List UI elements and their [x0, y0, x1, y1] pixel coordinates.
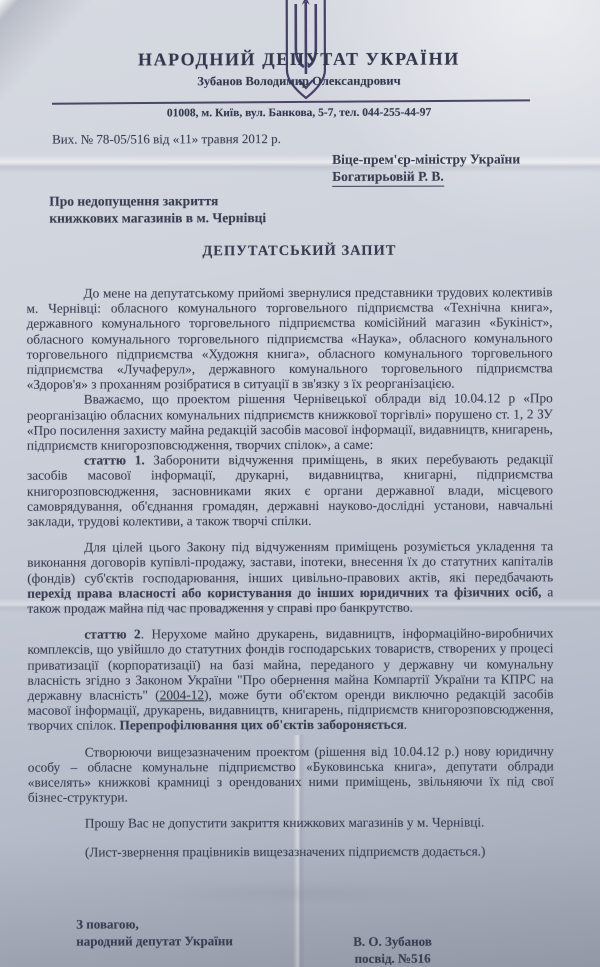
paragraph-intro: До мене на депутатському прийомі звернул… — [26, 284, 552, 392]
deputy-name: Зубанов Володимир Олександрович — [0, 73, 599, 90]
letter-content: НАРОДНИЙ ДЕПУТАТ УКРАЇНИ Зубанов Володим… — [0, 0, 600, 967]
reference-number-line: Вих. № 78-05/516 від «11» травня 2012 р. — [52, 131, 281, 148]
article-2-label: статтю 2 — [84, 627, 140, 642]
signature-role: народний депутат України — [76, 933, 233, 948]
addressee-block: Віце-прем'єр-міністру України Богатирьов… — [332, 150, 520, 186]
paragraph-consequence: Створюючи вищезазначеним проектом (рішен… — [28, 743, 554, 805]
paragraph-law-definition: Для цілей цього Закону під відчуженням п… — [27, 539, 553, 616]
subject-line-2: книжкових магазинів в м. Чернівці — [49, 210, 266, 226]
subject-line-1: Про недопущення закриття — [49, 193, 218, 208]
signature-right: В. О. Зубанов посвід. №516 — [353, 934, 432, 967]
addressee-position: Віце-прем'єр-міністру України — [332, 151, 520, 166]
signature-block: З повагою, народний депутат України В. О… — [1, 915, 600, 917]
article-1-label: статтю 1. — [84, 453, 145, 468]
paragraph-claim: Вважаємо, що проектом рішення Чернівецьк… — [27, 391, 553, 453]
subject-block: Про недопущення закриття книжкових магаз… — [49, 192, 266, 227]
law-definition-text-1: Для цілей цього Закону під відчуженням п… — [27, 539, 553, 586]
signature-name: В. О. Зубанов — [353, 934, 432, 949]
letter-body: До мене на депутатському прийомі звернул… — [26, 284, 554, 859]
signature-salutation: З повагою, — [76, 916, 139, 931]
letter-photo: НАРОДНИЙ ДЕПУТАТ УКРАЇНИ Зубанов Володим… — [0, 0, 600, 967]
paragraph-attachment-note: (Лист-звернення працівників вищезазначен… — [28, 843, 554, 860]
article-2-text-3: . — [404, 717, 407, 732]
document-title: ДЕПУТАТСЬКИЙ ЗАПИТ — [0, 242, 599, 261]
paragraph-request: Прошу Вас не допустити закриття книжкови… — [28, 814, 554, 831]
org-address: 01008, м. Київ, вул. Банкова, 5-7, тел. … — [0, 106, 599, 120]
paragraph-article-1: статтю 1. Заборонити відчуження приміщен… — [27, 452, 553, 529]
signature-id: посвід. №516 — [355, 950, 431, 965]
paragraph-article-2: статтю 2. Нерухоме майно друкарень, вида… — [27, 626, 553, 734]
law-definition-bold: перехід права власності або користування… — [27, 584, 541, 600]
signature-left: З повагою, народний депутат України — [76, 916, 233, 949]
law-reference-number: 2004-12 — [160, 687, 204, 702]
org-title: НАРОДНИЙ ДЕПУТАТ УКРАЇНИ — [0, 48, 599, 71]
addressee-name: Богатирьовій Р. В. — [332, 168, 444, 187]
article-2-bold: Перепрофілювання цих об'єктів забороняєт… — [119, 717, 403, 733]
